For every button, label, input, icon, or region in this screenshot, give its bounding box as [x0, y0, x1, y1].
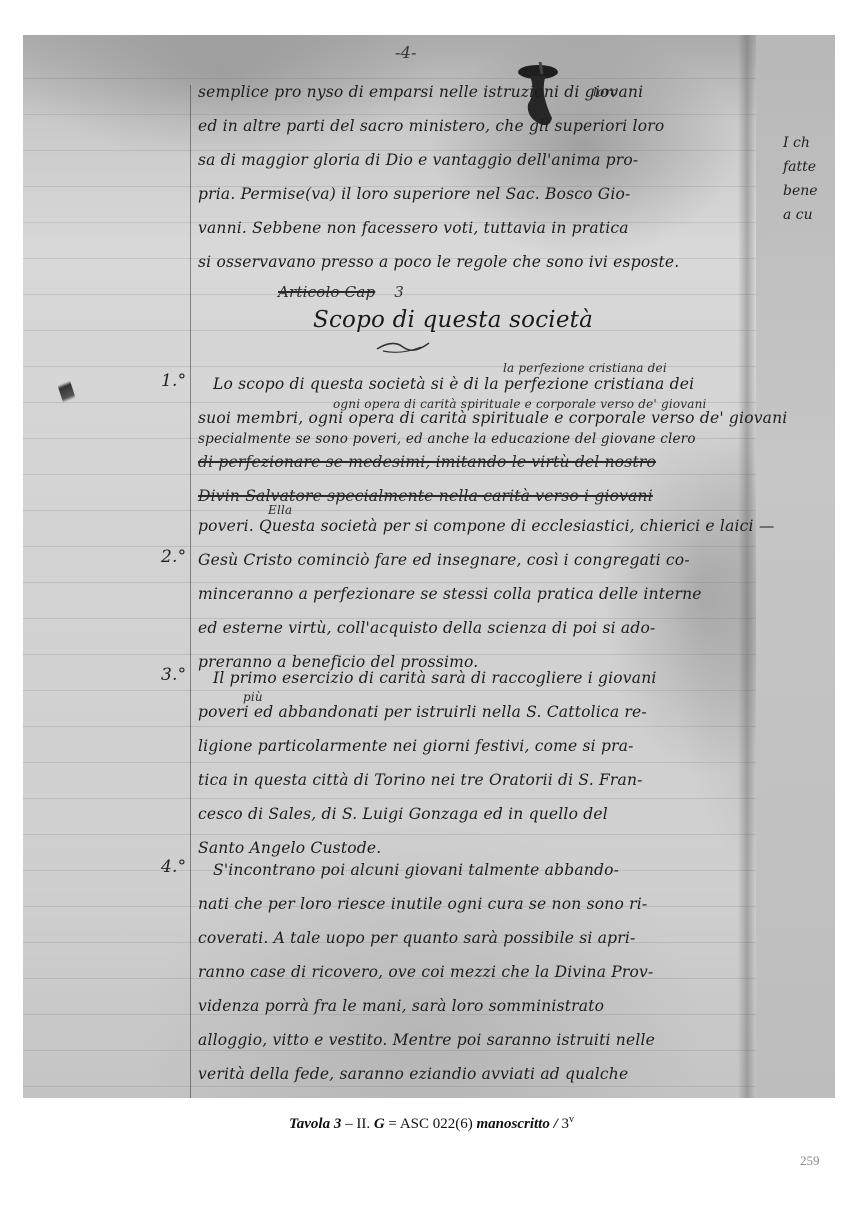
caption-folio-number: 3 — [562, 1116, 570, 1132]
section-number: 2.° — [161, 547, 186, 567]
manuscript-photograph: -4- loro semplice pro nyso di emparsi ne… — [23, 35, 835, 1098]
manuscript-line: verità della fede, saranno eziandio avvi… — [198, 1065, 628, 1083]
manuscript-line: poveri ed abbandonati per istruirli nell… — [198, 703, 647, 721]
section-heading: Scopo di questa società — [313, 307, 593, 333]
manuscript-line: Il primo esercizio di carità sarà di rac… — [213, 669, 657, 687]
caption-dash: – — [345, 1116, 353, 1132]
heading-number: 3 — [394, 283, 404, 301]
section-number: 1.° — [161, 371, 186, 391]
heading-article-label: Articolo Cap 3 — [278, 283, 404, 301]
manuscript-line: specialmente se sono poveri, ed anche la… — [198, 431, 696, 447]
page-fold-shadow — [738, 35, 756, 1098]
caption-archive-ref: ASC 022(6) — [400, 1116, 473, 1132]
manuscript-line: poveri. Questa società per si compone di… — [198, 517, 775, 535]
caption-section-letter: G — [374, 1116, 385, 1132]
caption-slash: / — [554, 1116, 558, 1132]
manuscript-line: cesco di Sales, di S. Luigi Gonzaga ed i… — [198, 805, 608, 823]
facing-page-fragment: fatte — [783, 159, 816, 175]
margin-rule — [190, 85, 191, 1098]
flourish-icon — [373, 337, 433, 357]
manuscript-line: ed esterne virtù, coll'acquisto della sc… — [198, 619, 655, 637]
struck-manuscript-line: di perfezionare se medesimi, imitando le… — [198, 453, 656, 471]
interlinear-insert: più — [243, 690, 263, 704]
caption-plate-number: 3 — [334, 1116, 342, 1132]
struck-text: Articolo Cap — [278, 283, 375, 301]
page-number: 259 — [800, 1153, 820, 1169]
manuscript-line: Gesù Cristo cominciò fare ed insegnare, … — [198, 551, 690, 569]
manuscript-line: nati che per loro riesce inutile ogni cu… — [198, 895, 647, 913]
manuscript-line: minceranno a perfezionare se stessi coll… — [198, 585, 702, 603]
manuscript-line: videnza porrà fra le mani, sarà loro som… — [198, 997, 604, 1015]
plate-caption: Tavola 3 – II. G = ASC 022(6) manoscritt… — [0, 1114, 863, 1133]
manuscript-line: S'incontrano poi alcuni giovani talmente… — [213, 861, 619, 879]
caption-equals: = — [388, 1116, 396, 1132]
manuscript-line: Lo scopo di questa società si è di la pe… — [213, 375, 694, 393]
manuscript-line: alloggio, vitto e vestito. Mentre poi sa… — [198, 1031, 655, 1049]
manuscript-line: si osservavano presso a poco le regole c… — [198, 253, 679, 271]
manuscript-line: ed in altre parti del sacro ministero, c… — [198, 117, 664, 135]
caption-label: Tavola — [289, 1116, 330, 1132]
facing-page-fragment: I ch — [783, 135, 810, 151]
interlinear-insert: la perfezione cristiana dei — [503, 361, 667, 375]
manuscript-line: coverati. A tale uopo per quanto sarà po… — [198, 929, 635, 947]
caption-folio: 3v — [562, 1116, 575, 1132]
manuscript-line: tica in questa città di Torino nei tre O… — [198, 771, 643, 789]
manuscript-page-marker: -4- — [395, 43, 417, 62]
section-number: 3.° — [161, 665, 186, 685]
struck-manuscript-line: Divin Salvatore specialmente nella carit… — [198, 487, 653, 505]
caption-folio-side: v — [569, 1114, 574, 1125]
manuscript-line: ranno case di ricovero, ove coi mezzi ch… — [198, 963, 653, 981]
manuscript-line: suoi membri, ogni opera di carità spirit… — [198, 409, 787, 427]
manuscript-line: ligione particolarmente nei giorni festi… — [198, 737, 634, 755]
manuscript-line: pria. Permise(va) il loro superiore nel … — [198, 185, 631, 203]
manuscript-line: sa di maggior gloria di Dio e vantaggio … — [198, 151, 638, 169]
section-number: 4.° — [161, 857, 186, 877]
manuscript-line: Santo Angelo Custode. — [198, 839, 381, 857]
caption-descriptor: manoscritto — [477, 1116, 550, 1132]
interlinear-insert: Ella — [268, 503, 292, 517]
caption-section-roman: II. — [356, 1116, 370, 1132]
manuscript-line: vanni. Sebbene non facessero voti, tutta… — [198, 219, 629, 237]
manuscript-line: semplice pro nyso di emparsi nelle istru… — [198, 83, 643, 101]
facing-page-fragment: a cu — [783, 207, 813, 223]
facing-page-fragment: bene — [783, 183, 818, 199]
